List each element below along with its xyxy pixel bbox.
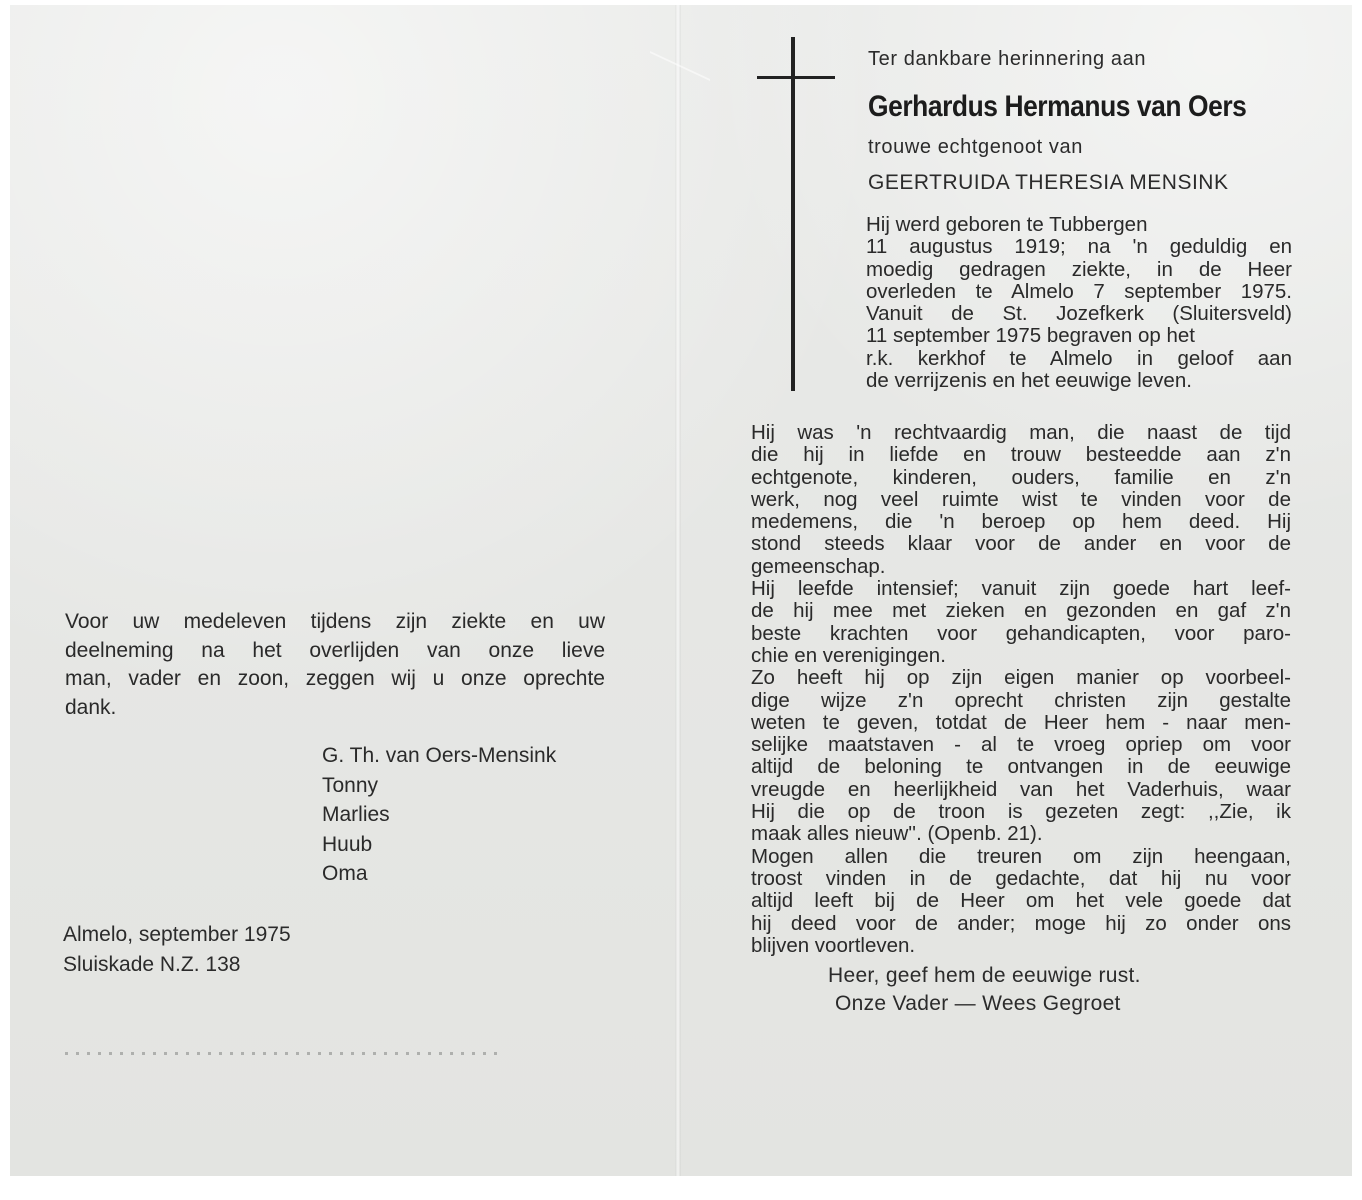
story-line: Hij was 'n rechtvaardig man, die naast d… bbox=[751, 422, 1291, 444]
signer: Marlies bbox=[322, 800, 556, 830]
story-line: altijd de beloning te ontvangen in de ee… bbox=[751, 756, 1291, 778]
story-line: Mogen allen die treuren om zijn heengaan… bbox=[751, 846, 1291, 868]
story-line: Zo heeft hij op zijn eigen manier op voo… bbox=[751, 667, 1291, 689]
bio-line: r.k. kerkhof te Almelo in geloof aan bbox=[866, 348, 1292, 370]
life-story: Hij was 'n rechtvaardig man, die naast d… bbox=[751, 422, 1291, 957]
place-date: Almelo, september 1975 bbox=[63, 924, 291, 946]
intro-text: Ter dankbare herinnering aan bbox=[868, 48, 1146, 70]
card-fold bbox=[675, 5, 681, 1176]
signer: G. Th. van Oers-Mensink bbox=[322, 741, 556, 771]
bio-line: de verrijzenis en het eeuwige leven. bbox=[866, 370, 1292, 392]
story-line: Hij leefde intensief; vanuit zijn goede … bbox=[751, 578, 1291, 600]
story-line: Hij die op de troon is gezeten zegt: ,,Z… bbox=[751, 801, 1291, 823]
story-line: altijd leeft bij de Heer om het vele goe… bbox=[751, 890, 1291, 912]
story-line: de hij mee met zieken en gezonden en gaf… bbox=[751, 600, 1291, 622]
spouse-name: GEERTRUIDA THERESIA MENSINK bbox=[868, 172, 1228, 194]
cross-icon-bar bbox=[757, 76, 835, 79]
story-line: vreugde en heerlijkheid van het Vaderhui… bbox=[751, 779, 1291, 801]
bio-line: Hij werd geboren te Tubbergen bbox=[866, 214, 1292, 236]
signer: Huub bbox=[322, 830, 556, 860]
thanks-line: dank. bbox=[65, 694, 605, 723]
bio-line: overleden te Almelo 7 september 1975. bbox=[866, 281, 1292, 303]
faded-print-marks bbox=[65, 1052, 505, 1055]
story-line: werk, nog veel ruimte wist te vinden voo… bbox=[751, 489, 1291, 511]
prayer-line: Heer, geef hem de eeuwige rust. bbox=[828, 965, 1141, 987]
story-line: die hij in liefde en trouw besteedde aan… bbox=[751, 444, 1291, 466]
signers-list: G. Th. van Oers-Mensink Tonny Marlies Hu… bbox=[322, 741, 556, 889]
signer: Tonny bbox=[322, 771, 556, 801]
story-line: troost vinden in de gedachte, dat hij nu… bbox=[751, 868, 1291, 890]
story-line: weten te geven, totdat de Heer hem - naa… bbox=[751, 712, 1291, 734]
prayers: Onze Vader — Wees Gegroet bbox=[835, 993, 1121, 1015]
cross-icon bbox=[791, 37, 795, 391]
story-line: hij deed voor de ander; moge hij zo onde… bbox=[751, 913, 1291, 935]
story-line: blijven voortleven. bbox=[751, 935, 1291, 957]
memorial-card: Voor uw medeleven tijdens zijn ziekte en… bbox=[10, 5, 1352, 1176]
thanks-line: deelneming na het overlijden van onze li… bbox=[65, 637, 605, 666]
thanks-line: man, vader en zoon, zeggen wij u onze op… bbox=[65, 665, 605, 694]
story-line: selijke maatstaven - al te vroeg opriep … bbox=[751, 734, 1291, 756]
story-line: stond steeds klaar voor de ander en voor… bbox=[751, 533, 1291, 555]
biography: Hij werd geboren te Tubbergen 11 augustu… bbox=[866, 214, 1292, 392]
bio-line: Vanuit de St. Jozefkerk (Sluitersveld) bbox=[866, 303, 1292, 325]
deceased-name: Gerhardus Hermanus van Oers bbox=[868, 89, 1246, 125]
bio-line: moedig gedragen ziekte, in de Heer bbox=[866, 259, 1292, 281]
thanks-message: Voor uw medeleven tijdens zijn ziekte en… bbox=[65, 608, 605, 722]
bio-line: 11 augustus 1919; na 'n geduldig en bbox=[866, 236, 1292, 258]
signer: Oma bbox=[322, 859, 556, 889]
spouse-label: trouwe echtgenoot van bbox=[868, 136, 1083, 158]
story-line: chie en verenigingen. bbox=[751, 645, 1291, 667]
thanks-line: Voor uw medeleven tijdens zijn ziekte en… bbox=[65, 608, 605, 637]
story-line: medemens, die 'n beroep op hem deed. Hij bbox=[751, 511, 1291, 533]
address: Sluiskade N.Z. 138 bbox=[63, 954, 240, 976]
story-line: maak alles nieuw''. (Openb. 21). bbox=[751, 823, 1291, 845]
story-line: dige wijze z'n oprecht christen zijn ges… bbox=[751, 690, 1291, 712]
bio-line: 11 september 1975 begraven op het bbox=[866, 325, 1292, 347]
story-line: beste krachten voor gehandicapten, voor … bbox=[751, 623, 1291, 645]
story-line: echtgenote, kinderen, ouders, familie en… bbox=[751, 467, 1291, 489]
story-line: gemeenschap. bbox=[751, 556, 1291, 578]
